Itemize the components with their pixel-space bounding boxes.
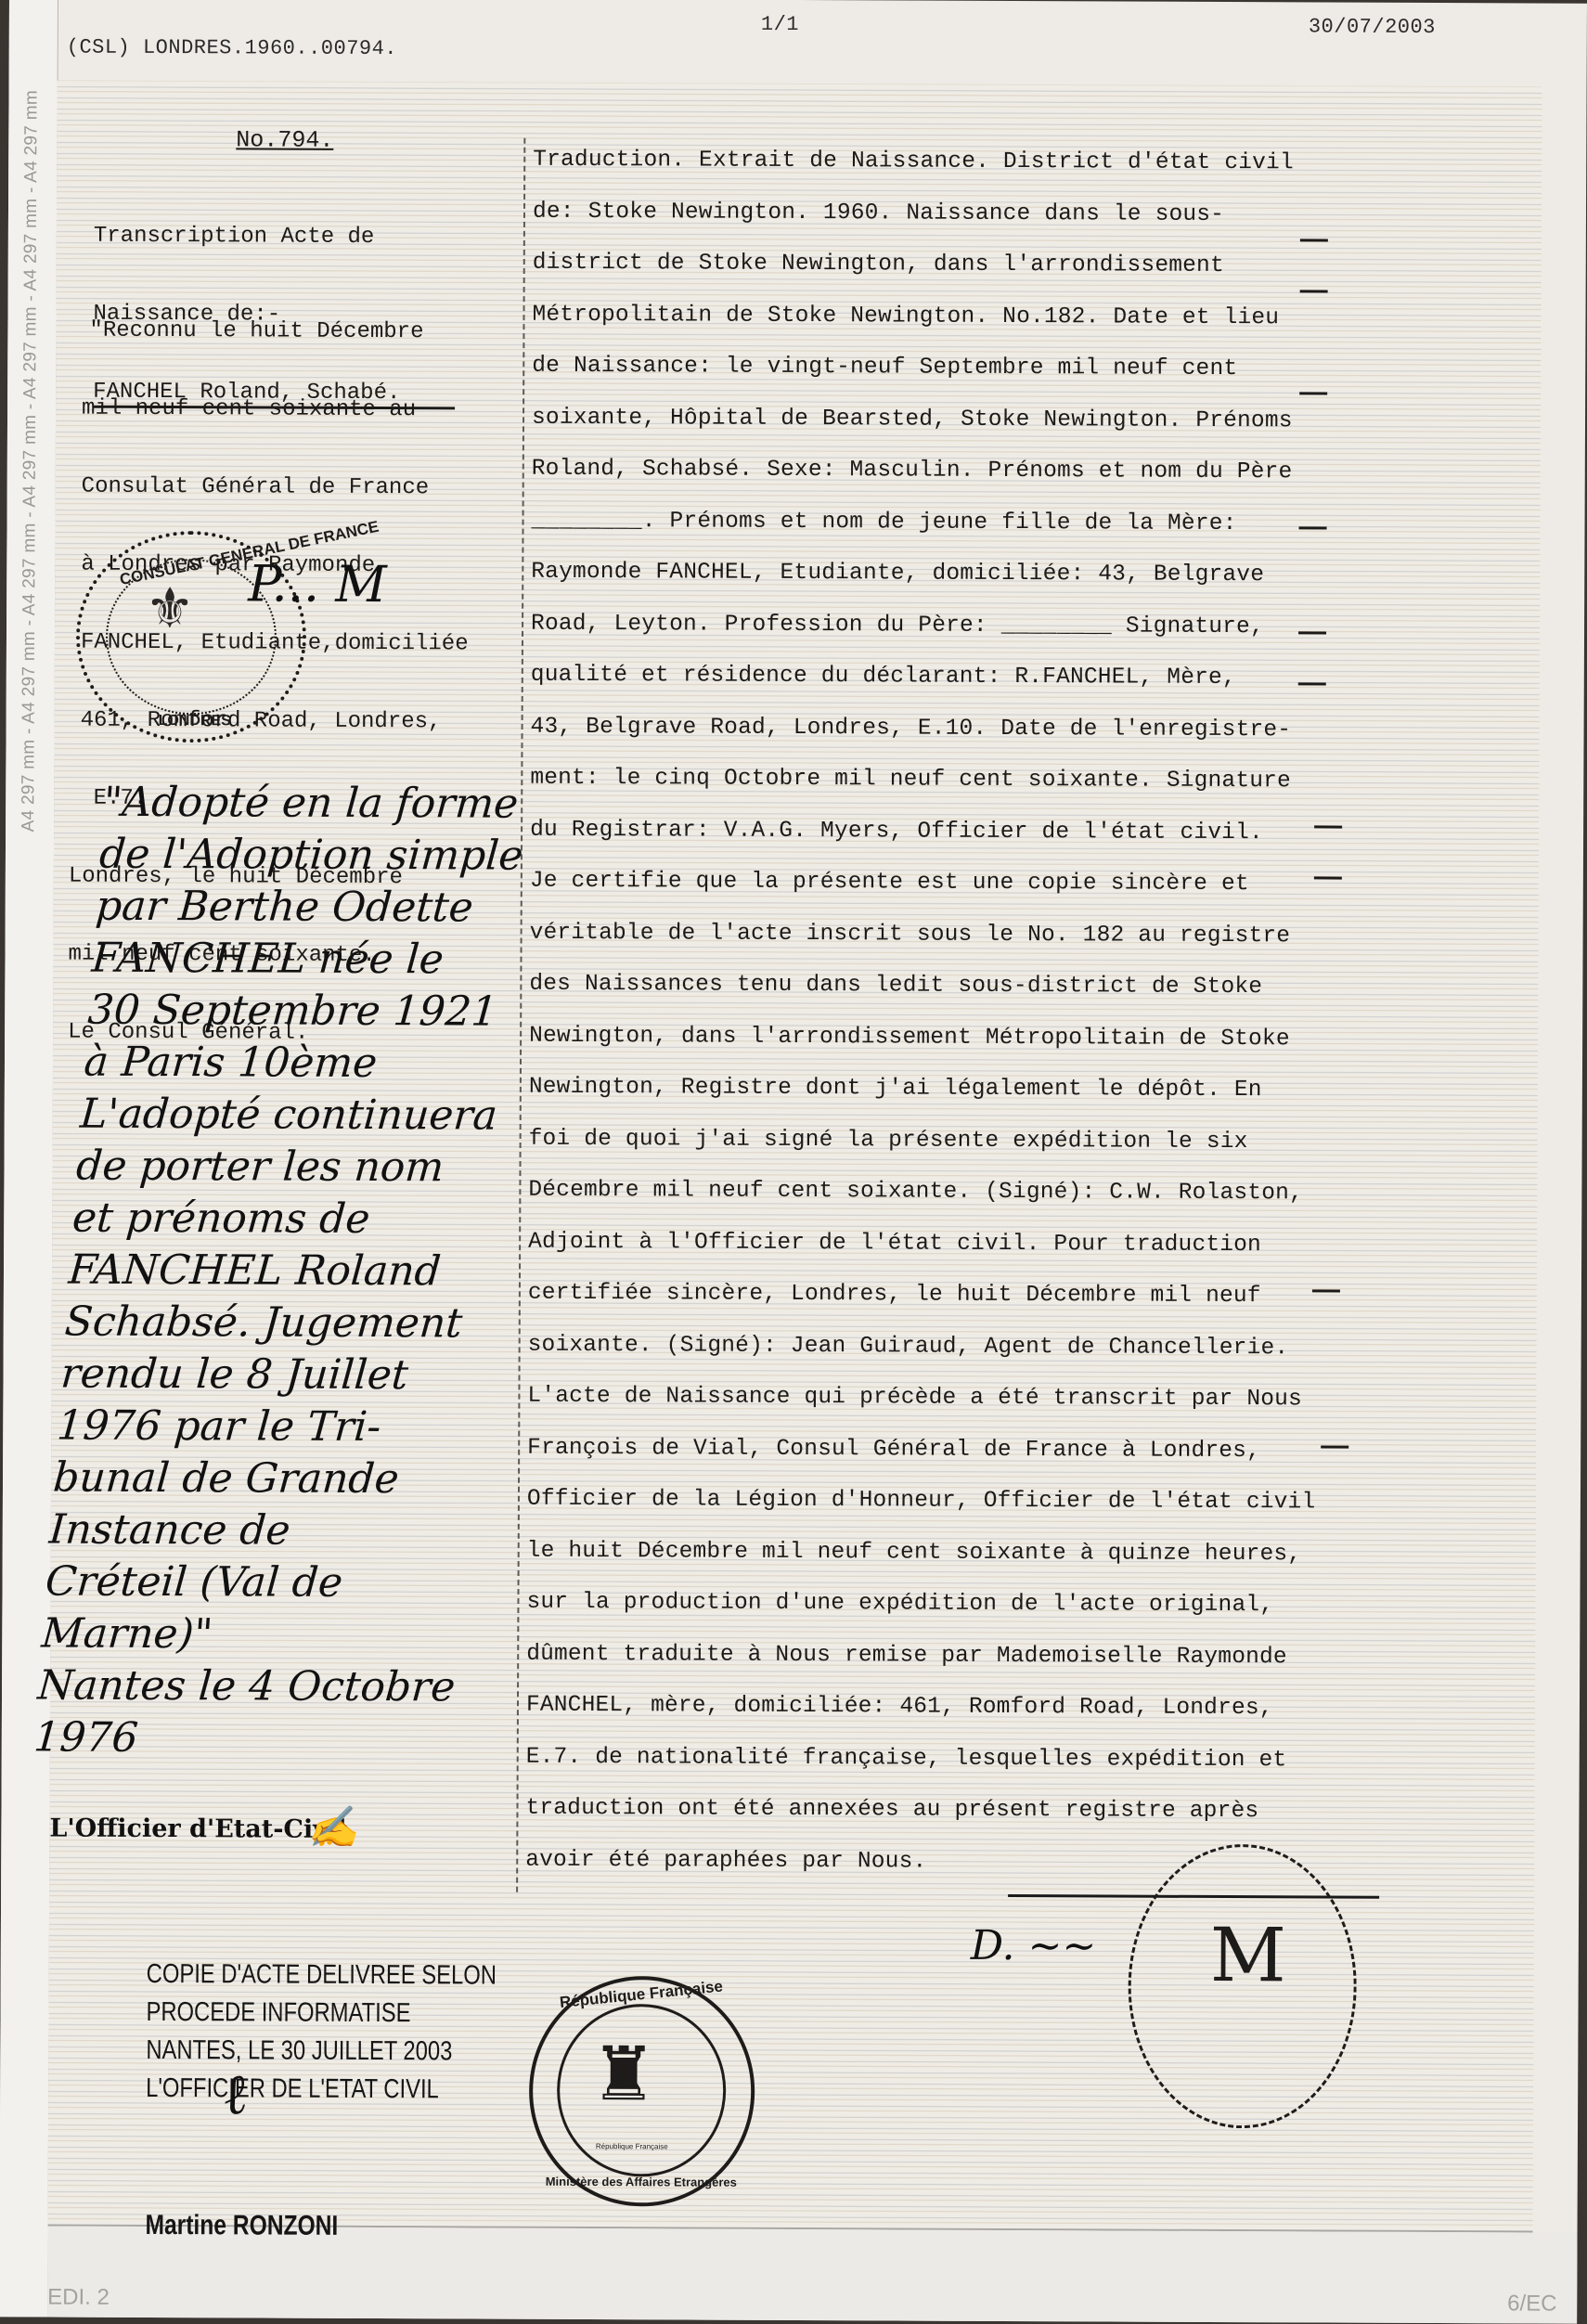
registrar-signature-icon: ✍ <box>307 1803 358 1852</box>
certification-line: L'OFFICIER DE L'ETAT CIVIL <box>146 2070 496 2110</box>
text-line: Officier de la Légion d'Honneur, Officie… <box>527 1487 1381 1543</box>
act-number: No.794. <box>236 127 333 153</box>
text-line: du Registrar: V.A.G. Myers, Officier de … <box>530 817 1384 872</box>
text-line: Newington, dans l'arrondissement Métropo… <box>529 1023 1383 1078</box>
marianne-seal-icon: ♜ <box>590 2031 657 2123</box>
filler-dash <box>1298 682 1326 685</box>
text-line: Raymonde FANCHEL, Etudiante, domiciliée:… <box>531 560 1385 615</box>
filler-dash <box>1298 631 1326 634</box>
text-line: Adjoint à l'Officier de l'état civil. Po… <box>528 1229 1382 1285</box>
text-line: de: Stoke Newington. 1960. Naissance dan… <box>533 199 1387 254</box>
edition-code: EDI. 2 <box>47 2284 110 2310</box>
filler-dash <box>1314 825 1342 828</box>
text-line: des Naissances tenu dans ledit sous-dist… <box>529 972 1383 1027</box>
filler-dash <box>1321 1445 1348 1448</box>
text-line: Roland, Schabsé. Sexe: Masculin. Prénoms… <box>532 457 1386 512</box>
filler-dash <box>1300 239 1328 241</box>
ministry-stamp: République Française Ministère des Affai… <box>529 1976 755 2207</box>
handwritten-line: 1976 par le Tri- <box>55 1401 482 1454</box>
document-sheet: A4 297 mm - A4 297 mm - A4 297 mm - A4 2… <box>0 0 1587 2320</box>
handwritten-line: rendu le 8 Juillet <box>59 1349 486 1402</box>
text-line: qualité et résidence du déclarant: R.FAN… <box>531 663 1385 718</box>
handwritten-line: de l'Adoption simple <box>97 829 524 883</box>
filler-dash <box>1314 876 1342 879</box>
text-line: Je certifie que la présente est une copi… <box>530 869 1384 924</box>
handwritten-line: "Adopté en la forme <box>101 777 528 831</box>
filler-dash <box>1300 290 1328 292</box>
consul-signature: P... M <box>248 554 387 613</box>
text-line: E.7. de nationalité française, lesquelle… <box>526 1744 1380 1800</box>
text-line: soixante, Hôpital de Bearsted, Stoke New… <box>532 405 1386 460</box>
registrar-label: L'Officier d'Etat-Civil <box>49 1814 346 1843</box>
filler-dash <box>1312 1289 1340 1292</box>
text-line: François de Vial, Consul Général de Fran… <box>527 1435 1381 1491</box>
certification-line: COPIE D'ACTE DELIVREE SELON <box>147 1956 497 1995</box>
text-line: 43, Belgrave Road, Londres, E.10. Date d… <box>530 714 1384 769</box>
text-line: traduction ont été annexées au présent r… <box>525 1796 1379 1852</box>
text-line: de Naissance: le vingt-neuf Septembre mi… <box>532 354 1386 409</box>
stamp-bottom-text: LONDRES <box>159 713 231 729</box>
handwritten-line: Créteil (Val de <box>44 1556 471 1609</box>
certifying-officer-name: Martine RONZONI <box>145 2206 338 2245</box>
marianne-emblem-icon: ⚜ <box>145 576 195 645</box>
handwritten-line: 1976 <box>32 1711 458 1765</box>
text-line: district de Stoke Newington, dans l'arro… <box>533 251 1387 306</box>
text-line: L'acte de Naissance qui précède a été tr… <box>527 1384 1381 1440</box>
issue-date: 30/07/2003 <box>1309 15 1436 39</box>
certification-line: NANTES, LE 30 JUILLET 2003 <box>146 2032 496 2072</box>
handwritten-line: 30 Septembre 1921 <box>86 985 513 1039</box>
handwritten-line: L'adopté continuera <box>78 1089 505 1143</box>
text-line: soixante. (Signé): Jean Guiraud, Agent d… <box>527 1332 1381 1388</box>
text-line: ________. Prénoms et nom de jeune fille … <box>531 508 1385 563</box>
handwritten-line: Marne)" <box>40 1607 467 1661</box>
text-line: ment: le cinq Octobre mil neuf cent soix… <box>530 766 1384 821</box>
handwritten-line: Instance de <box>47 1504 474 1558</box>
text-line: Métropolitain de Stoke Newington. No.182… <box>532 302 1386 357</box>
certification-line: PROCEDE INFORMATISE <box>146 1994 496 2033</box>
text-line: dûment traduite à Nous remise par Mademo… <box>526 1641 1380 1697</box>
text-line: certifiée sincère, Londres, le huit Déce… <box>528 1281 1382 1336</box>
recognition-line: "Reconnu le huit Décembre <box>71 318 470 346</box>
recognition-line: Consulat Général de France <box>71 474 470 502</box>
handwritten-line: Nantes le 4 Octobre <box>36 1659 463 1713</box>
text-line: Road, Leyton. Profession du Père: ______… <box>531 611 1385 666</box>
text-line: sur la production d'une expédition de l'… <box>526 1590 1380 1646</box>
recognition-line: mil neuf cent soixante au <box>71 396 470 424</box>
translation-text: Traduction. Extrait de Naissance. Distri… <box>525 148 1387 1903</box>
certification-block: COPIE D'ACTE DELIVREE SELON PROCEDE INFO… <box>146 1956 497 2110</box>
text-line: le huit Décembre mil neuf cent soixante … <box>527 1538 1381 1594</box>
ministry-stamp-caption: République Française <box>596 2142 668 2150</box>
margin-ruler-text: A4 297 mm - A4 297 mm - A4 297 mm - A4 2… <box>19 90 42 832</box>
text-line: foi de quoi j'ai signé la présente expéd… <box>528 1126 1382 1181</box>
text-line: Traduction. Extrait de Naissance. Distri… <box>533 148 1387 203</box>
filler-dash <box>1299 392 1327 394</box>
handwritten-line: FANCHEL née le <box>90 933 517 987</box>
text-line: véritable de l'acte inscrit sous le No. … <box>529 920 1383 975</box>
handwritten-line: de porter les nom <box>74 1141 501 1194</box>
handwritten-line: par Berthe Odette <box>94 881 521 935</box>
title-line: Transcription Acte de <box>94 224 456 252</box>
handwritten-line: Schabsé. Jugement <box>63 1297 490 1350</box>
consul-general-signature: D. ~~ <box>971 1922 1097 1970</box>
handwritten-adoption-annotation: "Adopté en la forme de l'Adoption simple… <box>32 777 528 1766</box>
ministry-stamp-bottom-text: Ministère des Affaires Etrangères <box>546 2175 737 2189</box>
text-line: Décembre mil neuf cent soixante. (Signé)… <box>528 1178 1382 1233</box>
filler-dash <box>1299 526 1327 529</box>
handwritten-line: bunal de Grande <box>51 1452 478 1506</box>
document-reference: (CSL) LONDRES.1960..00794. <box>67 36 397 61</box>
page-indicator: 1/1 <box>761 13 799 36</box>
seal-initial: M <box>1210 1912 1286 1998</box>
consulate-seal-stamp: M <box>1128 1844 1357 2129</box>
handwritten-line: et prénoms de <box>71 1193 497 1246</box>
text-line: FANCHEL, mère, domiciliée: 461, Romford … <box>526 1693 1380 1749</box>
text-line: Newington, Registre dont j'ai légalement… <box>529 1075 1383 1130</box>
form-code: 6/EC <box>1507 2291 1556 2317</box>
handwritten-line: à Paris 10ème <box>83 1037 510 1091</box>
handwritten-line: FANCHEL Roland <box>67 1245 494 1298</box>
